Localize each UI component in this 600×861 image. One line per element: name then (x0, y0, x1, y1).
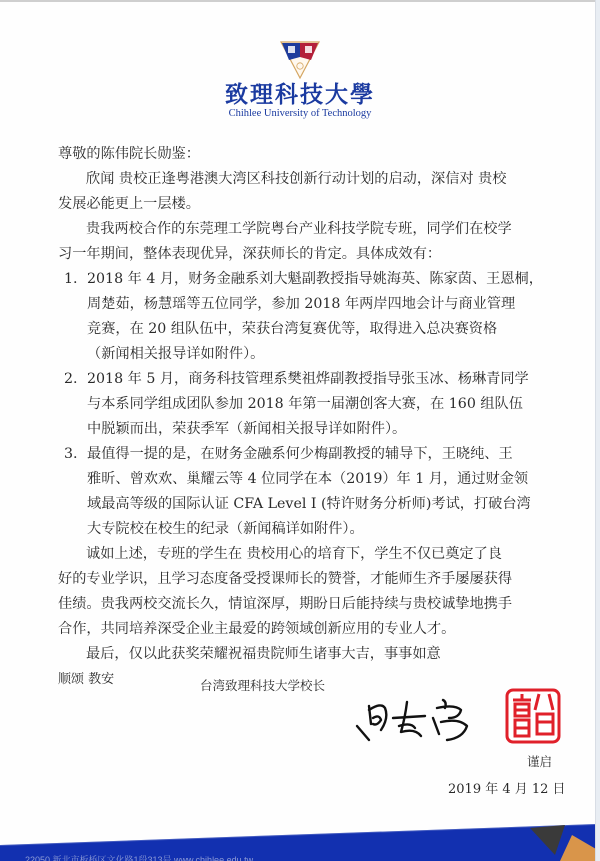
letterhead: 致理科技大學 Chihlee University of Technology (200, 40, 400, 120)
list-item-line: 2018 年 4 月，财务金融系刘大魁副教授指导姚海英、陈家茵、王恩桐， (87, 267, 543, 292)
list-item-line: 2018 年 5 月，商务科技管理系樊祖烨副教授指导张玉冰、杨琳青同学 (87, 367, 529, 392)
list-item-line: 周楚茹，杨慧瑶等五位同学，参加 2018 年两岸四地会计与商业管理 (87, 292, 515, 317)
list-item-line: 与本系同学组成团队参加 2018 年第一届潮创客大赛，在 160 组队伍 (87, 392, 523, 417)
list-number: 2. (64, 367, 78, 392)
official-seal-icon (505, 688, 561, 744)
list-number: 3. (64, 442, 78, 467)
paragraph-line: 发展必能更上一层楼。 (58, 192, 200, 217)
university-name-en: Chihlee University of Technology (200, 108, 400, 120)
list-number: 1. (64, 267, 78, 292)
university-name-cn: 致理科技大學 (200, 82, 400, 108)
paragraph-line: 合作，共同培养深受企业主最爱的跨领域创新应用的专业人才。 (58, 617, 455, 642)
university-emblem-icon (280, 40, 320, 80)
paragraph-line: 诚如上述，专班的学生在 贵校用心的培育下，学生不仅已奠定了良 (86, 542, 502, 567)
list-item-line: 最值得一提的是，在财务金融系何少梅副教授的辅导下，王晓纯、王 (87, 442, 513, 467)
signer-title: 台湾致理科技大学校长 (200, 676, 325, 694)
paragraph-line: 贵我两校合作的东莞理工学院粤台产业科技学院专班，同学们在校学 (86, 217, 512, 242)
list-item-line: 中脱颖而出，荣获季军（新闻相关报导详如附件）。 (87, 417, 406, 442)
footer-address: 22050 新北市板桥区文化路1段313号 www.chihlee.edu.tw (25, 853, 253, 861)
paragraph-line: 习一年期间，整体表现优异，深获师长的肯定。具体成效有： (58, 242, 441, 267)
greeting: 顺颂 教安 (58, 667, 114, 692)
scan-right-edge (595, 0, 600, 861)
paragraph-line: 好的专业学识，且学习态度备受授课师长的赞誉，才能师生齐手屡屡获得 (58, 567, 512, 592)
signature-image (355, 688, 495, 748)
list-item-line: 雅昕、曾欢欢、巢耀云等 4 位同学在本（2019）年 1 月，通过财金领 (87, 467, 528, 492)
salutation: 尊敬的陈伟院长勋鉴： (58, 142, 200, 167)
letter-page: 致理科技大學 Chihlee University of Technology … (0, 0, 596, 861)
paragraph-line: 佳绩。贵我两校交流长久，情谊深厚，期盼日后能持续与贵校诚挚地携手 (58, 592, 512, 617)
list-item-line: 域最高等级的国际认证 CFA Level I (特许财务分析师)考试，打破台湾 (87, 492, 531, 517)
final-wish: 最后，仅以此获奖荣耀祝福贵院师生诸事大吉，事事如意 (86, 642, 441, 667)
list-item-line: 竞赛，在 20 组队伍中，荣获台湾复赛优等，取得进入总决赛资格 (87, 317, 497, 342)
paragraph-line: 欣闻 贵校正逢粤港澳大湾区科技创新行动计划的启动，深信对 贵校 (86, 167, 506, 192)
list-item-line: （新闻相关报导详如附件）。 (87, 342, 264, 367)
respectfully: 谨启 (527, 752, 552, 770)
letter-date: 2019 年 4 月 12 日 (448, 778, 566, 797)
scan-top-edge (0, 0, 596, 2)
list-item-line: 大专院校在校生的纪录（新闻稿详如附件）。 (87, 517, 364, 542)
